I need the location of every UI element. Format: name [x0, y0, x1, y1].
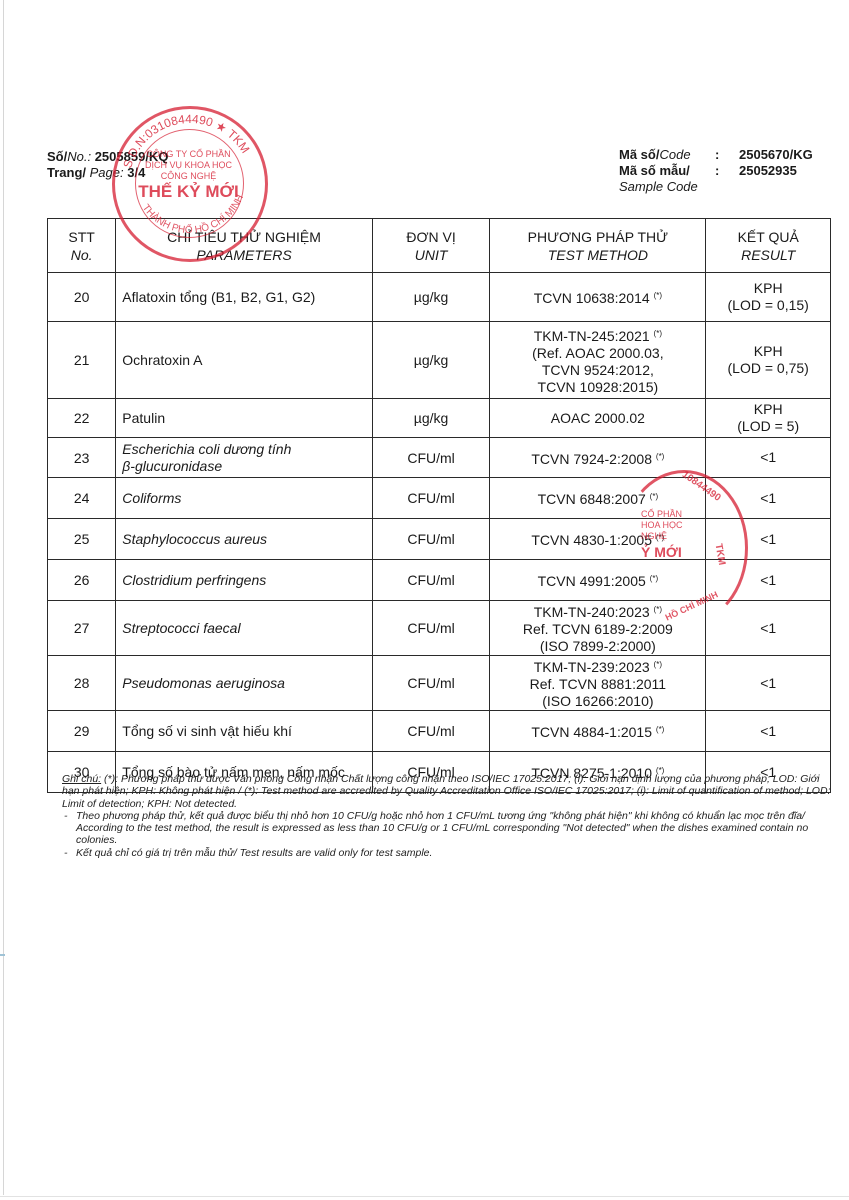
table-row: 27Streptococci faecalCFU/mlTKM-TN-240:20… [48, 601, 831, 656]
notes-bullet: -Kết quả chỉ có giá trị trên mẫu thử/ Te… [62, 847, 832, 859]
result-value: <1 [706, 519, 831, 560]
test-method: TCVN 6848:2007 (*) [490, 478, 706, 519]
unit: CFU/ml [372, 438, 490, 478]
notes: Ghi chú: (*): Phương pháp thử được Văn p… [62, 773, 832, 859]
header-parameters: CHỈ TIÊU THỬ NGHIỆMPARAMETERS [116, 219, 372, 273]
test-method: TCVN 4830-1:2005 (*) [490, 519, 706, 560]
accreditation-mark: (*) [650, 492, 658, 501]
header-test-method: PHƯƠNG PHÁP THỬTEST METHOD [490, 219, 706, 273]
row-number: 27 [48, 601, 116, 656]
test-method: AOAC 2000.02 [490, 399, 706, 438]
parameter-name: Tổng số vi sinh vật hiếu khí [116, 711, 372, 752]
unit: µg/kg [372, 399, 490, 438]
parameter-name: Staphylococcus aureus [116, 519, 372, 560]
row-number: 26 [48, 560, 116, 601]
test-method: TKM-TN-239:2023 (*)Ref. TCVN 8881:2011(I… [490, 656, 706, 711]
header-no: STTNo. [48, 219, 116, 273]
results-table: STTNo. CHỈ TIÊU THỬ NGHIỆMPARAMETERS ĐƠN… [47, 218, 831, 793]
report-number: 2505859/KQ [95, 149, 169, 164]
result-value: <1 [706, 478, 831, 519]
report-header-right: Mã số/Code : 2505670/KG Mã số mẫu/ : 250… [619, 147, 813, 195]
table-row: 25Staphylococcus aureusCFU/mlTCVN 4830-1… [48, 519, 831, 560]
sample-code-value: 25052935 [739, 163, 797, 179]
row-number: 29 [48, 711, 116, 752]
result-value: KPH(LOD = 0,15) [706, 273, 831, 322]
parameter-name: Coliforms [116, 478, 372, 519]
sample-code-row: Mã số mẫu/ : 25052935 [619, 163, 813, 179]
page-edge [3, 0, 4, 1195]
row-number: 28 [48, 656, 116, 711]
unit: CFU/ml [372, 560, 490, 601]
test-method: TCVN 4991:2005 (*) [490, 560, 706, 601]
notes-bullet: -Theo phương pháp thử, kết quả được biểu… [62, 810, 832, 847]
table-row: 24ColiformsCFU/mlTCVN 6848:2007 (*)<1 [48, 478, 831, 519]
accreditation-mark: (*) [654, 660, 662, 669]
result-value: KPH(LOD = 0,75) [706, 322, 831, 399]
row-number: 24 [48, 478, 116, 519]
header-unit: ĐƠN VỊUNIT [372, 219, 490, 273]
result-value: <1 [706, 656, 831, 711]
table-row: 22Patulinµg/kgAOAC 2000.02KPH(LOD = 5) [48, 399, 831, 438]
parameter-name: Ochratoxin A [116, 322, 372, 399]
row-number: 25 [48, 519, 116, 560]
accreditation-mark: (*) [654, 291, 662, 300]
row-number: 23 [48, 438, 116, 478]
parameter-name: Pseudomonas aeruginosa [116, 656, 372, 711]
notes-main: Ghi chú: (*): Phương pháp thử được Văn p… [62, 773, 832, 810]
table-row: 26Clostridium perfringensCFU/mlTCVN 4991… [48, 560, 831, 601]
test-method: TCVN 4884-1:2015 (*) [490, 711, 706, 752]
row-number: 20 [48, 273, 116, 322]
page-number-line: Trang/ Page: 3/4 [47, 165, 168, 181]
table-row: 29Tổng số vi sinh vật hiếu khíCFU/mlTCVN… [48, 711, 831, 752]
result-value: <1 [706, 601, 831, 656]
accreditation-mark: (*) [650, 574, 658, 583]
accreditation-mark: (*) [654, 329, 662, 338]
row-number: 21 [48, 322, 116, 399]
accreditation-mark: (*) [656, 725, 664, 734]
table-header-row: STTNo. CHỈ TIÊU THỬ NGHIỆMPARAMETERS ĐƠN… [48, 219, 831, 273]
result-value: <1 [706, 560, 831, 601]
result-value: <1 [706, 438, 831, 478]
unit: CFU/ml [372, 711, 490, 752]
unit: CFU/ml [372, 601, 490, 656]
table-row: 20Aflatoxin tổng (B1, B2, G1, G2)µg/kgTC… [48, 273, 831, 322]
accreditation-mark: (*) [654, 605, 662, 614]
unit: CFU/ml [372, 519, 490, 560]
table-body: 20Aflatoxin tổng (B1, B2, G1, G2)µg/kgTC… [48, 273, 831, 793]
code-value: 2505670/KG [739, 147, 813, 163]
accreditation-mark: (*) [656, 533, 664, 542]
result-value: KPH(LOD = 5) [706, 399, 831, 438]
table-row: 23Escherichia coli dương tínhβ-glucuroni… [48, 438, 831, 478]
unit: CFU/ml [372, 478, 490, 519]
test-method: TKM-TN-240:2023 (*)Ref. TCVN 6189-2:2009… [490, 601, 706, 656]
header-result: KẾT QUẢRESULT [706, 219, 831, 273]
parameter-name: Escherichia coli dương tínhβ-glucuronida… [116, 438, 372, 478]
unit: µg/kg [372, 273, 490, 322]
table-row: 28Pseudomonas aeruginosaCFU/mlTKM-TN-239… [48, 656, 831, 711]
parameter-name: Aflatoxin tổng (B1, B2, G1, G2) [116, 273, 372, 322]
page-edge [0, 1196, 849, 1197]
report-header-left: Số/No.: 2505859/KQ Trang/ Page: 3/4 [47, 149, 168, 181]
table-row: 21Ochratoxin Aµg/kgTKM-TN-245:2021 (*)(R… [48, 322, 831, 399]
code-row: Mã số/Code : 2505670/KG [619, 147, 813, 163]
result-value: <1 [706, 711, 831, 752]
scan-mark [0, 954, 5, 956]
parameter-name: Patulin [116, 399, 372, 438]
row-number: 22 [48, 399, 116, 438]
unit: CFU/ml [372, 656, 490, 711]
unit: µg/kg [372, 322, 490, 399]
test-method: TKM-TN-245:2021 (*)(Ref. AOAC 2000.03,TC… [490, 322, 706, 399]
accreditation-mark: (*) [656, 452, 664, 461]
page-number: 3/4 [127, 165, 145, 180]
report-number-line: Số/No.: 2505859/KQ [47, 149, 168, 165]
parameter-name: Streptococci faecal [116, 601, 372, 656]
test-method: TCVN 7924-2:2008 (*) [490, 438, 706, 478]
parameter-name: Clostridium perfringens [116, 560, 372, 601]
test-method: TCVN 10638:2014 (*) [490, 273, 706, 322]
